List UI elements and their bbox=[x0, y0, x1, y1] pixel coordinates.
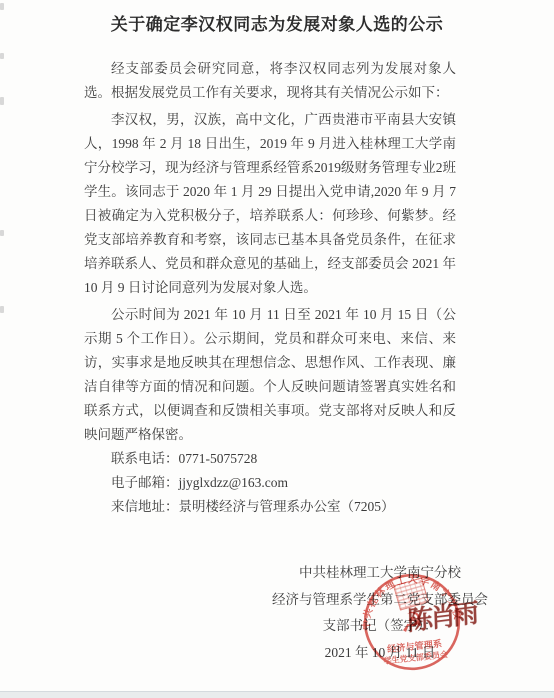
scan-artifact-mark bbox=[0, 3, 4, 10]
contact-phone-line: 联系电话：0771-5075728 bbox=[84, 447, 456, 471]
document-title: 关于确定李汉权同志为发展对象人选的公示 bbox=[60, 10, 494, 35]
paragraph-candidate-info: 李汉权，男，汉族，高中文化，广西贵港市平南县大安镇人，1998 年 2 月 18… bbox=[84, 108, 456, 300]
paragraph-publicity-period: 公示时间为 2021 年 10 月 11 日至 2021 年 10 月 15 日… bbox=[84, 303, 456, 447]
scan-artifact-mark bbox=[0, 230, 4, 236]
contact-address-line: 来信地址：景明楼经济与管理系办公室（7205） bbox=[84, 495, 456, 519]
scan-artifact-mark bbox=[0, 306, 4, 313]
contact-email-label: 电子邮箱： bbox=[111, 475, 179, 490]
document-body: 经支部委员会研究同意，将李汉权同志列为发展对象人选。根据发展党员工作有关要求，现… bbox=[84, 57, 456, 519]
scan-bottom-edge bbox=[0, 691, 554, 698]
contact-phone-value: 0771-5075728 bbox=[179, 451, 258, 466]
scan-artifact-mark bbox=[0, 97, 4, 105]
contact-address-label: 来信地址： bbox=[111, 499, 179, 514]
contact-email-value: jjyglxdzz@163.com bbox=[179, 475, 289, 490]
paragraph-intro: 经支部委员会研究同意，将李汉权同志列为发展对象人选。根据发展党员工作有关要求，现… bbox=[84, 57, 456, 105]
scan-artifact-mark bbox=[0, 53, 4, 59]
notice-document-page: 关于确定李汉权同志为发展对象人选的公示 经支部委员会研究同意，将李汉权同志列为发… bbox=[0, 0, 554, 698]
contact-phone-label: 联系电话： bbox=[111, 451, 179, 466]
contact-address-value: 景明楼经济与管理系办公室（7205） bbox=[179, 499, 395, 514]
contact-email-line: 电子邮箱：jjyglxdzz@163.com bbox=[84, 471, 456, 495]
